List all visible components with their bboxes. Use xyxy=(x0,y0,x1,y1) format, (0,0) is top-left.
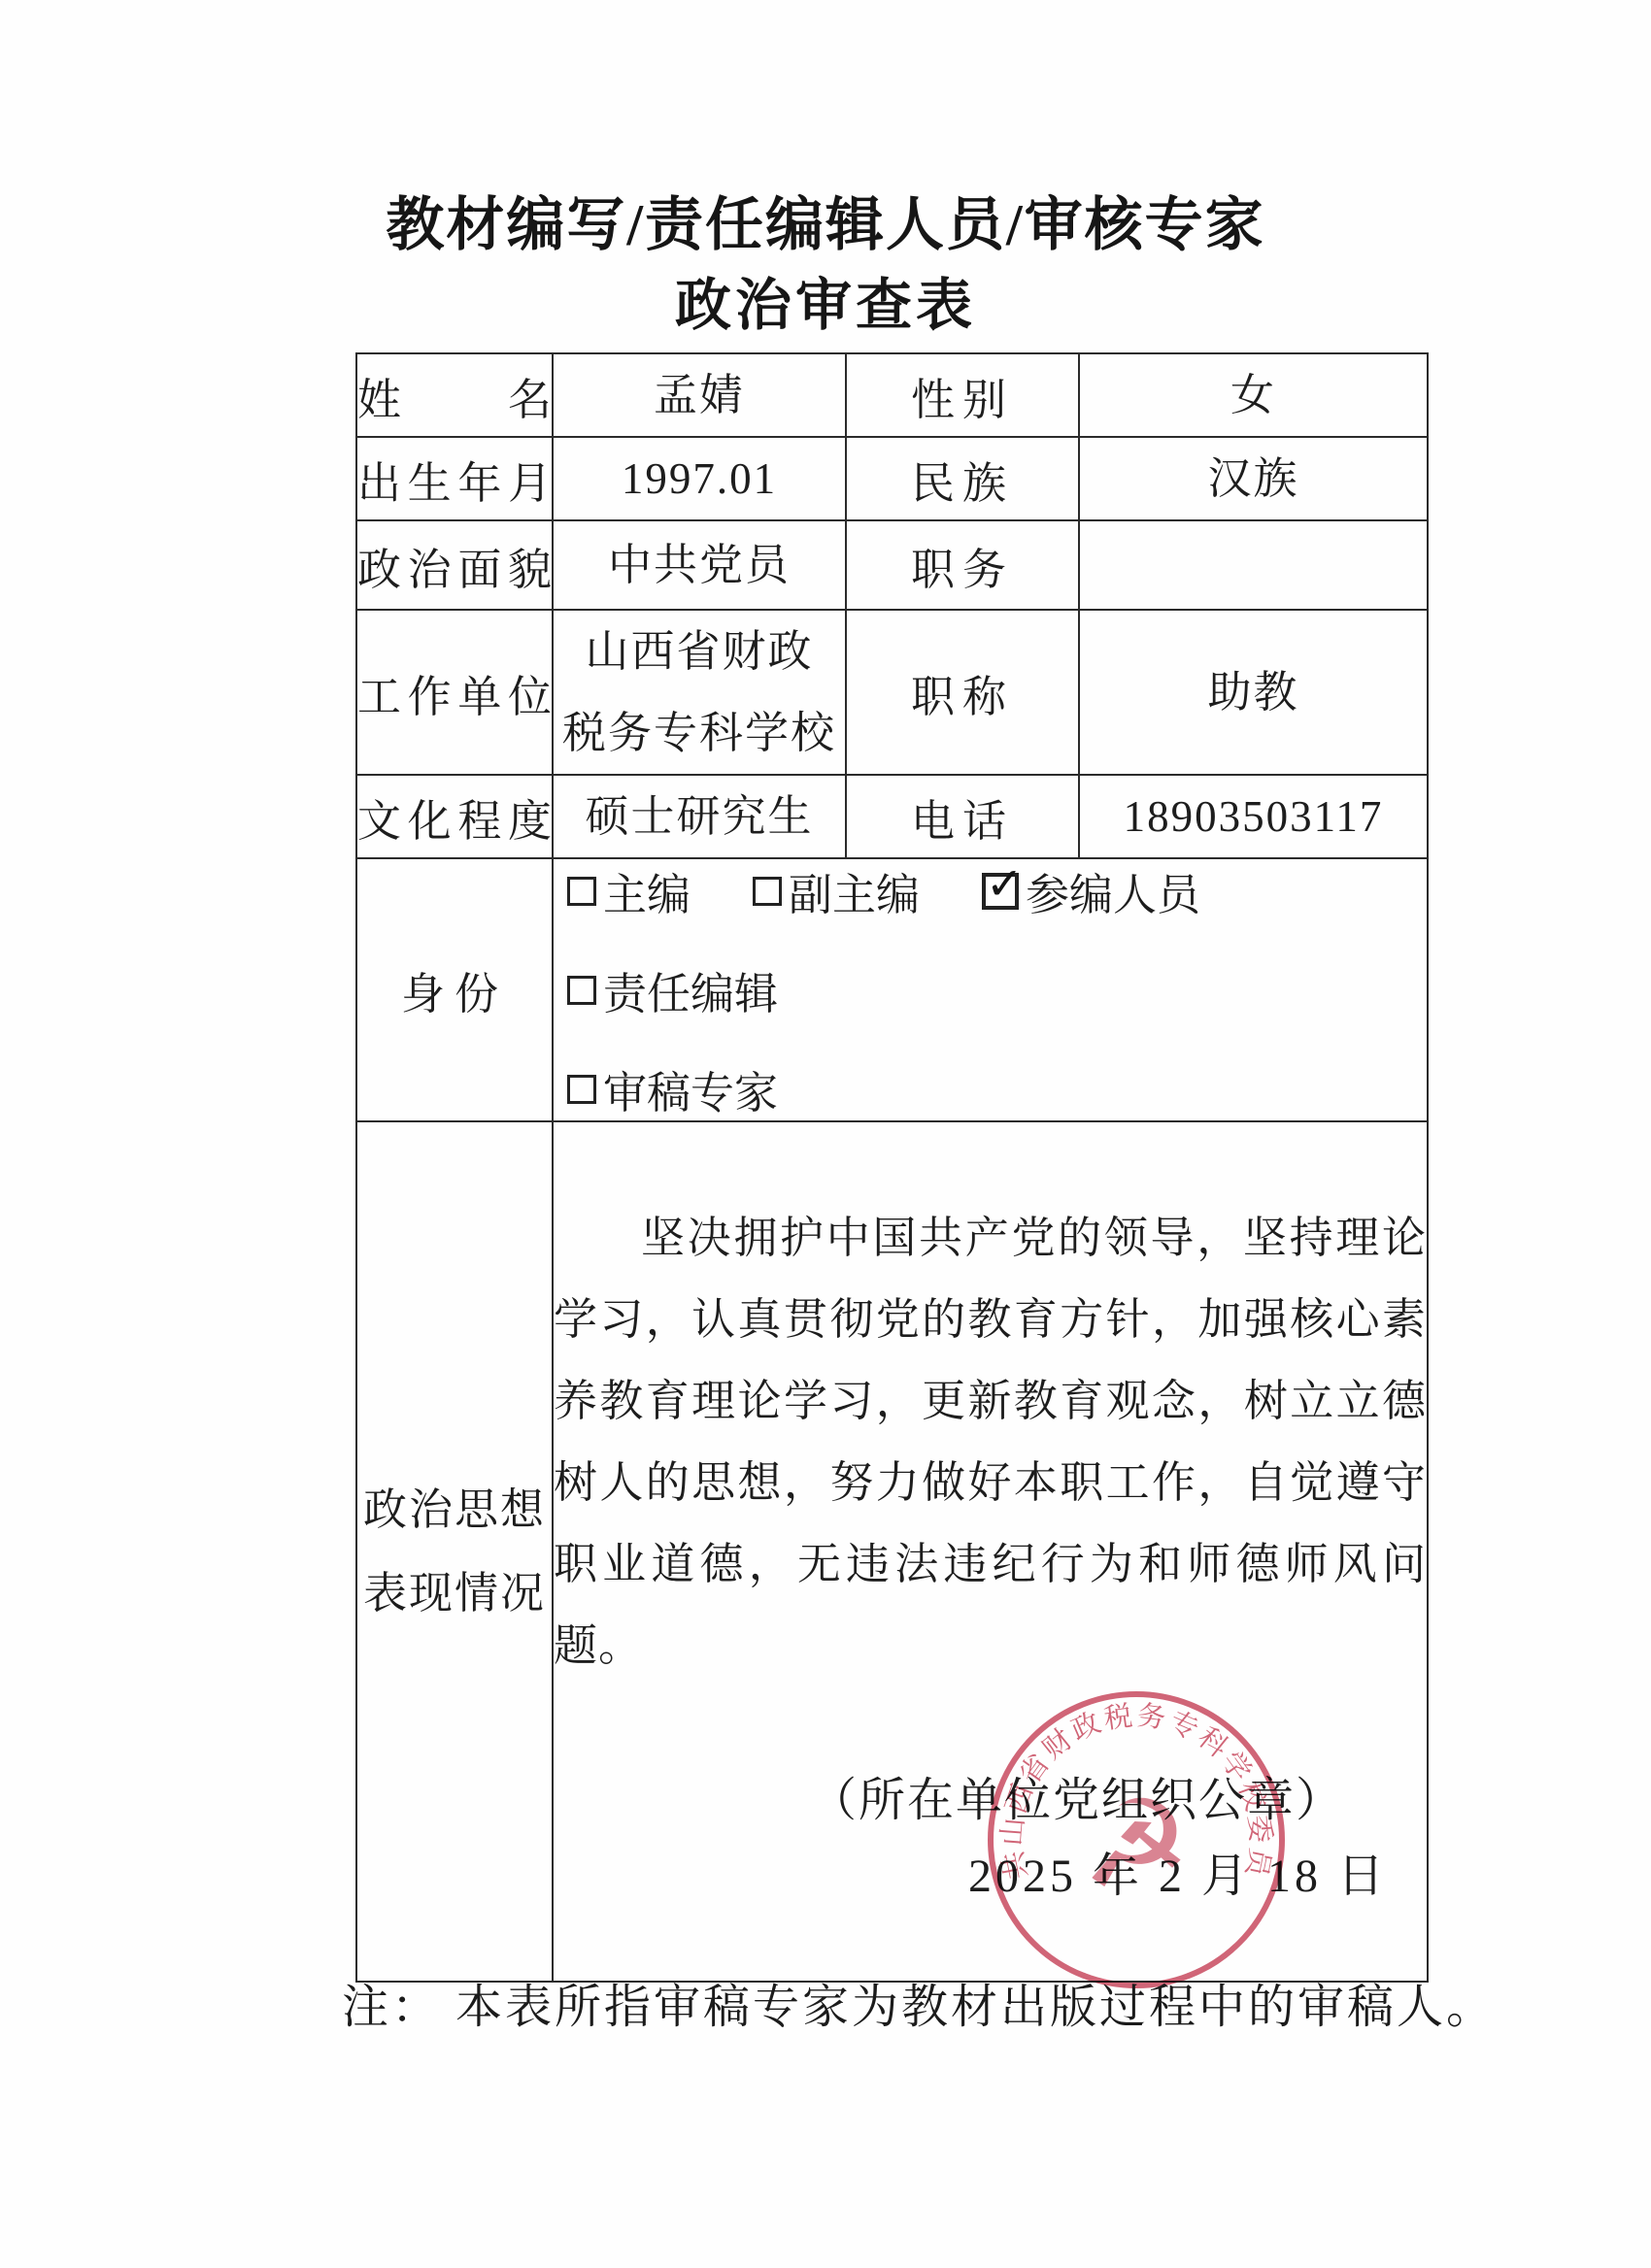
field-label-gender: 性别 xyxy=(846,353,1079,437)
title-line-2: 政治审查表 xyxy=(0,276,1651,336)
checkbox-icon xyxy=(567,1075,596,1104)
field-value-work-unit: 山西省财政 税务专科学校 xyxy=(553,610,846,775)
option-label: 责任编辑 xyxy=(603,958,778,1021)
identity-options: 主编 副主编 参编人员 责 xyxy=(554,859,1427,1120)
table-row: 政治面貌 中共党员 职务 xyxy=(356,520,1428,610)
option-contributing-editor: 参编人员 xyxy=(982,859,1200,922)
field-label-birthdate: 出生年月 xyxy=(356,437,553,520)
field-value-phone: 18903503117 xyxy=(1079,775,1428,858)
document-title: 教材编写/责任编辑人员/审核专家 政治审查表 xyxy=(0,194,1651,336)
footnote: 注： 本表所指审稿专家为教材出版过程中的审稿人。 xyxy=(342,1969,1496,2036)
table-row: 姓名 孟婧 性别 女 xyxy=(356,353,1428,437)
option-chief-editor: 主编 xyxy=(567,859,691,922)
field-label-political-status: 政治面貌 xyxy=(356,520,553,610)
field-value-education: 硕士研究生 xyxy=(553,775,846,858)
identity-options-line-1: 主编 副主编 参编人员 xyxy=(567,859,1427,922)
field-value-political-status: 中共党员 xyxy=(553,520,846,610)
field-label-work-unit: 工作单位 xyxy=(356,610,553,775)
political-thought-text: 坚决拥护中国共产党的领导，坚持理论学习，认真贯彻党的教育方针，加强核心素养教育理… xyxy=(554,1197,1427,1686)
field-label-title: 职称 xyxy=(846,610,1079,775)
option-label: 参编人员 xyxy=(1026,859,1200,922)
field-label-political-thought: 政治思想 表现情况 xyxy=(356,1121,553,1982)
stamp-note: （所在单位党组织公章） xyxy=(554,1772,1427,1830)
document-page: 教材编写/责任编辑人员/审核专家 政治审查表 姓名 孟婧 性别 女 出生年月 1… xyxy=(0,0,1651,2268)
field-label-position: 职务 xyxy=(846,520,1079,610)
table-row: 文化程度 硕士研究生 电话 18903503117 xyxy=(356,775,1428,858)
title-line-1: 教材编写/责任编辑人员/审核专家 xyxy=(0,194,1651,256)
field-value-ethnicity: 汉族 xyxy=(1079,437,1428,520)
checkbox-icon xyxy=(567,976,596,1005)
field-value-title: 助教 xyxy=(1079,610,1428,775)
option-responsible-editor: 责任编辑 xyxy=(567,958,778,1021)
table-row: 出生年月 1997.01 民族 汉族 xyxy=(356,437,1428,520)
option-label: 主编 xyxy=(603,859,691,922)
field-label-phone: 电话 xyxy=(846,775,1079,858)
date-line: 2025 年 2 月 18 日 xyxy=(554,1848,1427,1906)
option-label: 副主编 xyxy=(789,859,920,922)
option-review-expert: 审稿专家 xyxy=(567,1057,778,1120)
field-label-identity: 身份 xyxy=(356,858,553,1121)
field-value-birthdate: 1997.01 xyxy=(553,437,846,520)
field-label-name: 姓名 xyxy=(356,353,553,437)
option-label: 审稿专家 xyxy=(603,1057,778,1120)
checkbox-icon xyxy=(567,877,596,906)
field-label-ethnicity: 民族 xyxy=(846,437,1079,520)
identity-options-line-2: 责任编辑 xyxy=(567,958,1427,1021)
option-deputy-chief-editor: 副主编 xyxy=(753,859,920,922)
field-value-position xyxy=(1079,520,1428,610)
field-label-education: 文化程度 xyxy=(356,775,553,858)
political-thought-row: 政治思想 表现情况 坚决拥护中国共产党的领导，坚持理论学习，认真贯彻党的教育方针… xyxy=(356,1121,1428,1982)
field-value-name: 孟婧 xyxy=(553,353,846,437)
political-review-form-table: 姓名 孟婧 性别 女 出生年月 1997.01 民族 汉族 政治面貌 中共党员 … xyxy=(355,352,1429,1983)
identity-options-line-3: 审稿专家 xyxy=(567,1057,1427,1120)
field-value-gender: 女 xyxy=(1079,353,1428,437)
identity-row: 身份 主编 副主编 参编人员 xyxy=(356,858,1428,1121)
checkbox-checked-icon xyxy=(982,873,1019,910)
political-thought-cell: 坚决拥护中国共产党的领导，坚持理论学习，认真贯彻党的教育方针，加强核心素养教育理… xyxy=(553,1121,1428,1982)
checkbox-icon xyxy=(753,877,782,906)
identity-options-cell: 主编 副主编 参编人员 责 xyxy=(553,858,1428,1121)
table-row: 工作单位 山西省财政 税务专科学校 职称 助教 xyxy=(356,610,1428,775)
